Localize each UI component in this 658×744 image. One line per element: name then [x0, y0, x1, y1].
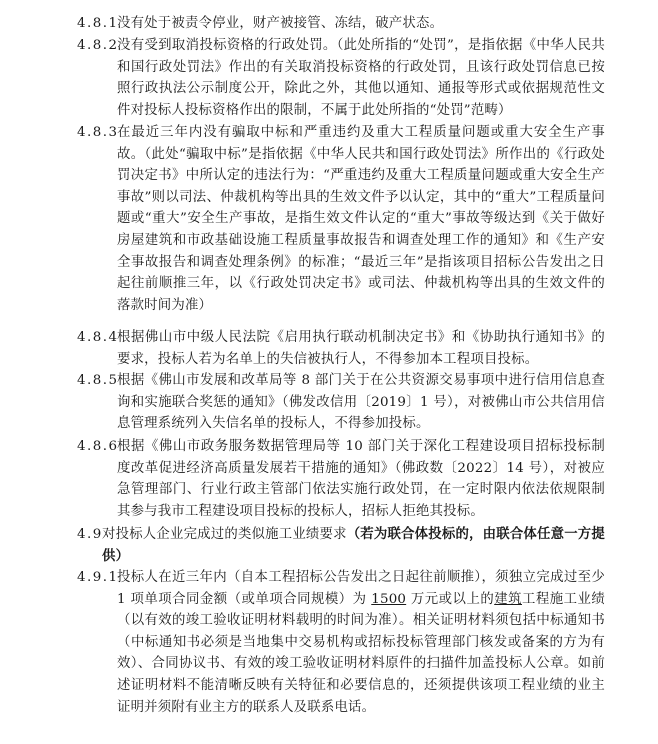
clause-text-note: （此处“骗取中标”是指依据《中华人民共和国行政处罚法》所作出的《行政处罚决定书》…	[117, 147, 605, 313]
clause-text: 没有受到取消投标资格的行政处罚。（此处所指的“处罚”，是指依据《中华人民共和国行…	[117, 35, 605, 121]
clause-number: 4.9	[77, 524, 103, 546]
clause-text: 投标人在近三年内（自本工程招标公告发出之日起往前顺推），须独立完成过至少 1 项…	[117, 567, 605, 718]
clause-4-8-4: 4.8.4 根据佛山市中级人民法院《启用执行联动机制决定书》和《协助执行通知书》…	[77, 327, 605, 370]
clause-text-part: 工程施工业绩（以有效的竣工验收证明材料载明的时间为准）。相关证明材料须包括中标通…	[117, 592, 605, 715]
clause-4-8-1: 4.8.1 没有处于被责令停业，财产被接管、冻结，破产状态。	[77, 13, 605, 35]
clause-number: 4.8.2	[77, 35, 119, 57]
clause-4-8-3: 4.8.3 在最近三年内没有骗取中标和严重违约及重大工程质量问题或重大安全生产事…	[77, 122, 605, 316]
clause-number: 4.8.6	[77, 436, 119, 458]
clause-text: 没有处于被责令停业，财产被接管、冻结，破产状态。	[117, 13, 605, 35]
project-category: 建筑	[494, 592, 522, 607]
clause-text-part: 万元或以上的	[406, 592, 494, 607]
clause-4-8-5: 4.8.5 根据《佛山市发展和改革局等 8 部门关于在公共资源交易事项中进行信用…	[77, 370, 605, 435]
clause-4-9-1: 4.9.1 投标人在近三年内（自本工程招标公告发出之日起往前顺推），须独立完成过…	[77, 567, 605, 718]
document-page: 4.8.1 没有处于被责令停业，财产被接管、冻结，破产状态。 4.8.2 没有受…	[0, 0, 658, 744]
clause-text: 根据佛山市中级人民法院《启用执行联动机制决定书》和《协助执行通知书》的要求，投标…	[117, 327, 605, 370]
clause-number: 4.8.3	[77, 122, 119, 144]
clause-4-9: 4.9 对投标人企业完成过的类似施工业绩要求（若为联合体投标的，由联合体任意一方…	[77, 524, 605, 567]
clause-4-8-2: 4.8.2 没有受到取消投标资格的行政处罚。（此处所指的“处罚”，是指依据《中华…	[77, 35, 605, 121]
contract-amount: 1500	[371, 592, 406, 607]
clause-text: 在最近三年内没有骗取中标和严重违约及重大工程质量问题或重大安全生产事故。（此处“…	[117, 122, 605, 316]
clause-text: 根据《佛山市发展和改革局等 8 部门关于在公共资源交易事项中进行信用信息查询和实…	[117, 370, 605, 435]
clause-number: 4.8.1	[77, 13, 119, 35]
clause-number: 4.9.1	[77, 567, 119, 589]
clause-text: 对投标人企业完成过的类似施工业绩要求（若为联合体投标的，由联合体任意一方提供）	[102, 524, 605, 567]
clause-4-8-6: 4.8.6 根据《佛山市政务服务数据管理局等 10 部门关于深化工程建设项目招标…	[77, 436, 605, 522]
clause-text-main: 对投标人企业完成过的类似施工业绩要求	[102, 527, 347, 542]
clause-text: 根据《佛山市政务服务数据管理局等 10 部门关于深化工程建设项目招标投标制度改革…	[117, 436, 605, 522]
clause-number: 4.8.4	[77, 327, 119, 349]
clause-number: 4.8.5	[77, 370, 119, 392]
